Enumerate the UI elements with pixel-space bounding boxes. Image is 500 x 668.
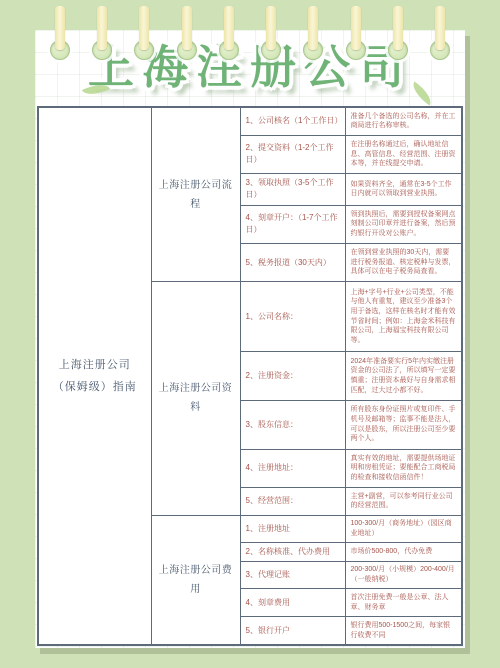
binder-ring-icon — [430, 6, 450, 64]
section-label-process: 上海注册公司流程 — [151, 107, 240, 282]
binder-ring-icon — [346, 6, 366, 64]
binder-ring-icon — [219, 6, 239, 64]
binder-ring-icon — [92, 6, 112, 64]
binder-ring-icon — [261, 6, 281, 64]
desc-cell: 主营+副营，可以参考同行业公司的经营范围。 — [345, 487, 462, 515]
step-cell: 1、公司核名（1个工作日） — [240, 107, 345, 135]
step-cell: 1、注册地址 — [240, 515, 345, 543]
step-cell: 2、提交资料（1-2个工作日） — [240, 135, 345, 173]
step-cell: 5、银行开户 — [240, 617, 345, 645]
desc-cell: 市场价500-800，代办免费 — [345, 543, 462, 562]
ring-tab-icon — [182, 6, 192, 50]
step-cell: 3、股东信息： — [240, 400, 345, 449]
desc-cell: 领到执照后，需要到授权备案网点刻制公司印章并进行备案，然后预约银行开设对公账户。 — [345, 205, 462, 243]
guide-table: 上海注册公司（保姆级）指南 上海注册公司流程 1、公司核名（1个工作日） 准备几… — [37, 106, 463, 646]
poster-canvas: 上海注册公司 上海注册公司（保姆级）指南 上海注册公司流程 1、公司核名（1个工… — [0, 0, 500, 668]
section-label-materials: 上海注册公司资料 — [151, 282, 240, 515]
ring-tab-icon — [97, 6, 107, 50]
desc-cell: 100-300/月（商务地址）（园区商业地址） — [345, 515, 462, 543]
step-cell: 5、税务报道（30天内） — [240, 243, 345, 281]
binder-rings — [50, 6, 450, 64]
desc-cell: 真实有效的地址，需要提供场地证明和房租凭证；要能配合工商税局的检查和接收信函信件… — [345, 449, 462, 487]
step-cell: 4、刻章费用 — [240, 589, 345, 617]
desc-cell: 首次注册免费一般是公章、法人章、财务章 — [345, 589, 462, 617]
desc-cell: 银行费用500-1500之间，每家银行收费不同 — [345, 617, 462, 645]
step-cell: 1、公司名称： — [240, 282, 345, 352]
desc-cell: 上海+字号+行业+公司类型，不能与他人有重复，建议至少准备3个用于备选，这样在核… — [345, 282, 462, 352]
desc-cell: 如果资料齐全，通常在3-5个工作日内就可以领取到营业执照。 — [345, 173, 462, 205]
notebook-page: 上海注册公司 上海注册公司（保姆级）指南 上海注册公司流程 1、公司核名（1个工… — [35, 30, 465, 648]
ring-tab-icon — [266, 6, 276, 50]
ring-tab-icon — [55, 6, 65, 50]
desc-cell: 所有股东身份证照片或复印件、手机号及邮箱等；监事不能是法人，可以是股东，所以注册… — [345, 400, 462, 449]
binder-ring-icon — [303, 6, 323, 64]
step-cell: 3、领取执照（3-5个工作日） — [240, 173, 345, 205]
binder-ring-icon — [50, 6, 70, 64]
binder-ring-icon — [177, 6, 197, 64]
guide-table-wrapper: 上海注册公司（保姆级）指南 上海注册公司流程 1、公司核名（1个工作日） 准备几… — [35, 106, 465, 648]
desc-cell: 200-300/月（小规模）200-400/月（一般纳税） — [345, 561, 462, 589]
desc-cell: 在注册名称通过后，确认地址信息、高管信息、经营范围、注册资本等，并在线提交申请。 — [345, 135, 462, 173]
desc-cell: 在领到营业执照的30天内，需要进行税务报道、核定税种与发票，具体可以在电子税务局… — [345, 243, 462, 281]
ring-tab-icon — [393, 6, 403, 50]
ring-tab-icon — [224, 6, 234, 50]
desc-cell: 准备几个备选的公司名称，并在工商局进行名称审核。 — [345, 107, 462, 135]
binder-ring-icon — [388, 6, 408, 64]
step-cell: 3、代理记账 — [240, 561, 345, 589]
guide-title-cell: 上海注册公司（保姆级）指南 — [38, 107, 151, 645]
desc-cell: 2024年准备要实行5年内实缴注册资金的公司法了，所以填写一定要慎重；注册资本最… — [345, 352, 462, 401]
ring-tab-icon — [139, 6, 149, 50]
ring-tab-icon — [308, 6, 318, 50]
section-label-fees: 上海注册公司费用 — [151, 515, 240, 645]
ring-tab-icon — [351, 6, 361, 50]
ring-tab-icon — [435, 6, 445, 50]
step-cell: 4、注册地址： — [240, 449, 345, 487]
step-cell: 5、经营范围： — [240, 487, 345, 515]
step-cell: 4、刻章开户：（1-7个工作日） — [240, 205, 345, 243]
table-row: 上海注册公司（保姆级）指南 上海注册公司流程 1、公司核名（1个工作日） 准备几… — [38, 107, 462, 135]
binder-ring-icon — [134, 6, 154, 64]
step-cell: 2、名称核准、代办费用 — [240, 543, 345, 562]
step-cell: 2、注册资金： — [240, 352, 345, 401]
